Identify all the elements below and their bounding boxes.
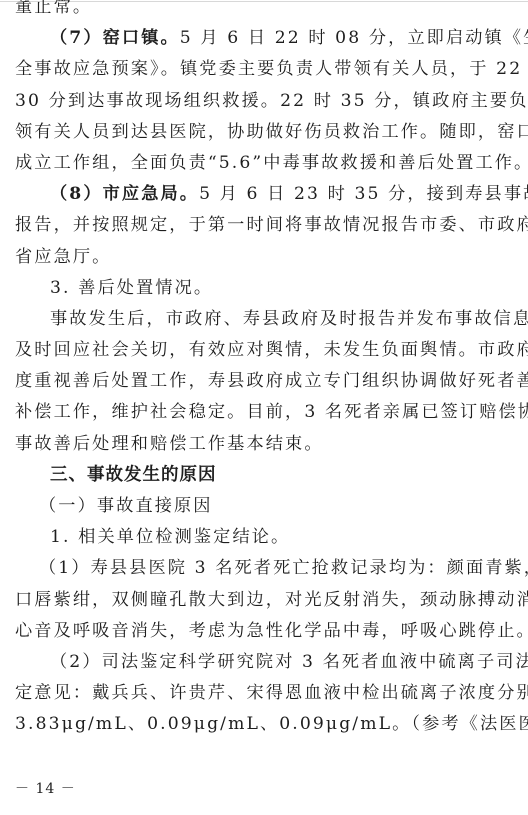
subsection-title: 3. 善后处置情况。	[15, 273, 515, 304]
text-line: 度重视善后处置工作，寿县政府成立专门组织协调做好死者善后	[15, 366, 515, 397]
text-line: 事故善后处理和赔偿工作基本结束。	[15, 429, 515, 460]
text-line: 领有关人员到达县医院，协助做好伤员救治工作。随即，窑口镇	[15, 117, 515, 148]
text-line: 及时回应社会关切，有效应对舆情，未发生负面舆情。市政府高	[15, 335, 515, 366]
paragraph-lead: （8）市应急局。	[50, 184, 199, 204]
text-line: 定意见：戴兵兵、许贵芹、宋得恩血液中检出硫离子浓度分别为	[15, 678, 515, 709]
text-line: 口唇紫绀，双侧瞳孔散大到边，对光反射消失，颈动脉搏动消失，	[15, 585, 515, 616]
page-number: － 14 －	[15, 778, 76, 798]
text-line: 成立工作组，全面负责“5.6”中毒事故救援和善后处置工作。	[15, 148, 515, 179]
text-line: 省应急厅。	[15, 242, 515, 273]
text-line: （1）寿县县医院 3 名死者死亡抢救记录均为：颜面青紫，	[15, 553, 515, 584]
section-heading: 三、事故发生的原因	[15, 460, 515, 491]
text-line: 补偿工作，维护社会稳定。目前，3 名死者亲属已签订赔偿协议，	[15, 397, 515, 428]
paragraph-text: 5 月 6 日 23 时 35 分，接到寿县事故信息	[199, 184, 528, 204]
text-line: 董止常。	[15, 0, 515, 23]
paragraph-lead: （7）窑口镇。	[50, 28, 180, 48]
paragraph-text: 5 月 6 日 22 时 08 分，立即启动镇《生产安	[180, 28, 528, 48]
text-line: 30 分到达事故现场组织救援。22 时 35 分，镇政府主要负责人带	[15, 86, 515, 117]
text-line: 报告，并按照规定，于第一时间将事故情况报告市委、市政府和	[15, 210, 515, 241]
paragraph-city-emergency-bureau: （8）市应急局。5 月 6 日 23 时 35 分，接到寿县事故信息	[15, 179, 515, 210]
text-line: 事故发生后，市政府、寿县政府及时报告并发布事故信息，	[15, 304, 515, 335]
subsection-title: 1. 相关单位检测鉴定结论。	[15, 522, 515, 553]
paragraph-yaokou-town: （7）窑口镇。5 月 6 日 22 时 08 分，立即启动镇《生产安	[15, 23, 515, 54]
text-line: 全事故应急预案》。镇党委主要负责人带领有关人员，于 22 时	[15, 54, 515, 85]
text-line: 3.83μg/mL、0.09μg/mL、0.09μg/mL。（参考《法医医学杂志…	[15, 709, 515, 740]
text-line: （2）司法鉴定科学研究院对 3 名死者血液中硫离子司法鉴	[15, 647, 515, 678]
subsection-heading: （一）事故直接原因	[15, 491, 515, 522]
document-page: 董止常。 （7）窑口镇。5 月 6 日 22 时 08 分，立即启动镇《生产安 …	[15, 0, 515, 741]
text-line: 心音及呼吸音消失，考虑为急性化学品中毒，呼吸心跳停止。	[15, 616, 515, 647]
